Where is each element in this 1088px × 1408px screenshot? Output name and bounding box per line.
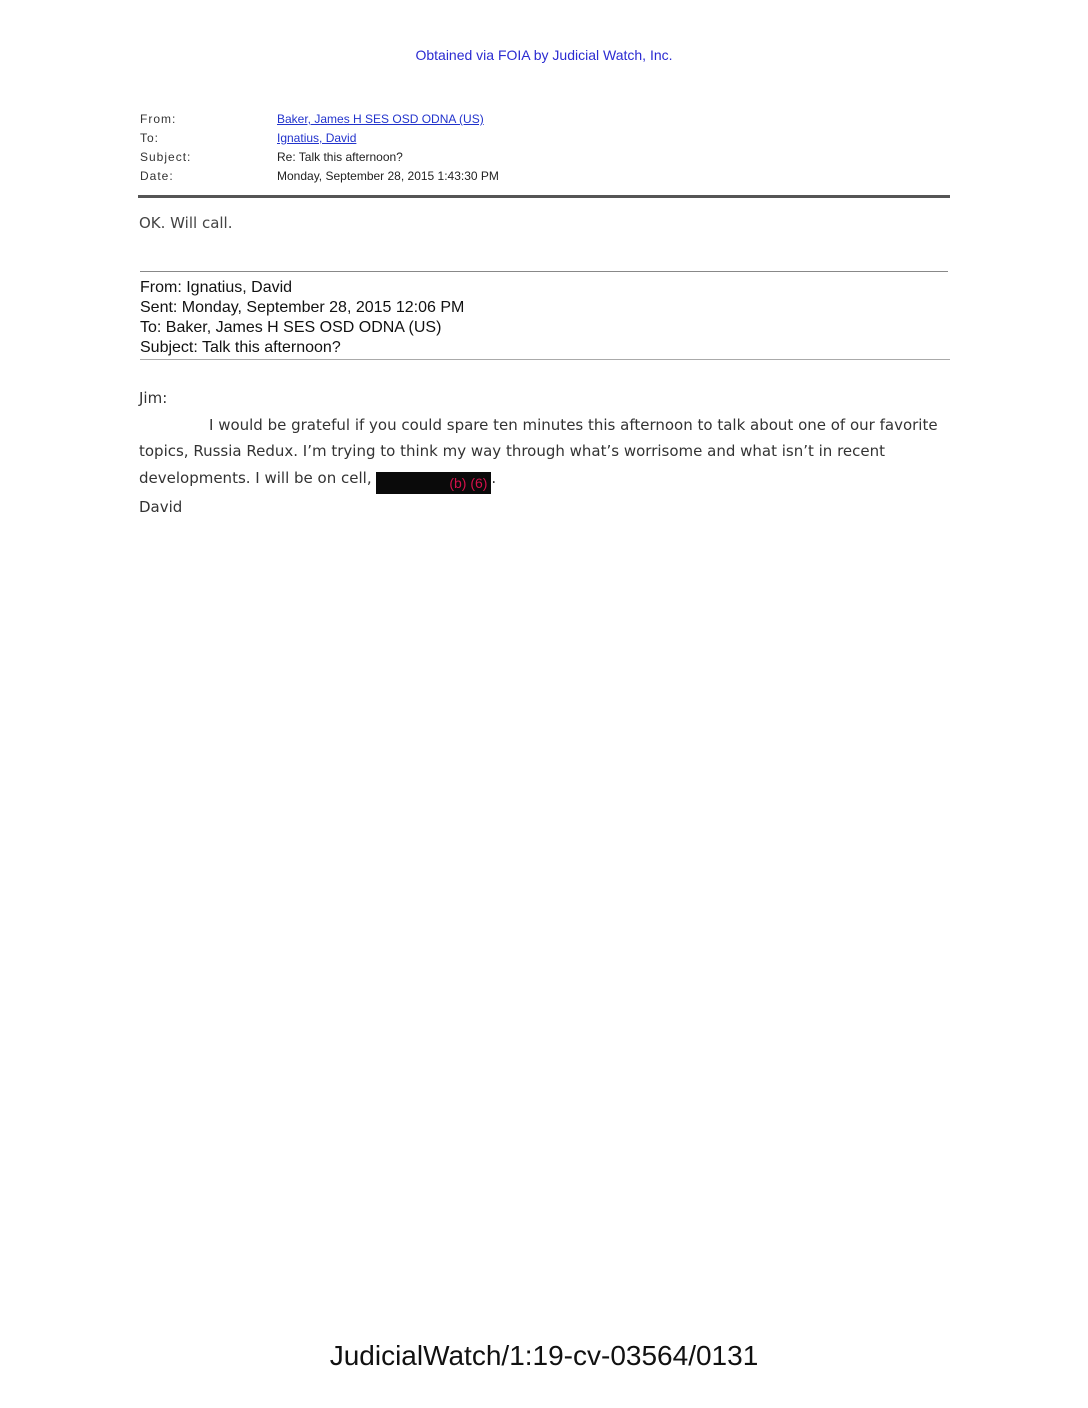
header-date-row: Date: Monday, September 28, 2015 1:43:30… [140,167,499,186]
redaction-box: (b) (6) [376,472,491,494]
header-subject-row: Subject: Re: Talk this afternoon? [140,148,499,167]
from-link[interactable]: Baker, James H SES OSD ODNA (US) [277,110,484,129]
email-header: From: Baker, James H SES OSD ODNA (US) T… [140,110,499,186]
forwarded-to: To: Baker, James H SES OSD ODNA (US) [140,318,464,338]
forwarded-sent: Sent: Monday, September 28, 2015 12:06 P… [140,298,464,318]
forwarded-subject: Subject: Talk this afternoon? [140,338,464,358]
paragraph-text: I would be grateful if you could spare t… [139,416,938,487]
message-paragraph: I would be grateful if you could spare t… [139,412,959,494]
header-to-row: To: Ignatius, David [140,129,499,148]
greeting: Jim: [139,385,959,412]
reply-text: OK. Will call. [139,214,233,232]
paragraph-end: . [491,469,496,487]
forwarded-from: From: Ignatius, David [140,278,464,298]
signature: David [139,494,959,521]
forward-divider [140,271,948,272]
foia-watermark: Obtained via FOIA by Judicial Watch, Inc… [0,47,1088,63]
header-from-row: From: Baker, James H SES OSD ODNA (US) [140,110,499,129]
from-label: From: [140,110,277,129]
forward-bottom-divider [140,359,950,360]
to-label: To: [140,129,277,148]
header-divider [138,195,950,198]
date-label: Date: [140,167,277,186]
message-body: Jim: I would be grateful if you could sp… [139,385,959,520]
date-value: Monday, September 28, 2015 1:43:30 PM [277,167,499,186]
subject-label: Subject: [140,148,277,167]
bates-number: JudicialWatch/1:19-cv-03564/0131 [0,1340,1088,1372]
subject-value: Re: Talk this afternoon? [277,148,403,167]
to-link[interactable]: Ignatius, David [277,129,356,148]
forwarded-header: From: Ignatius, David Sent: Monday, Sept… [140,278,464,358]
